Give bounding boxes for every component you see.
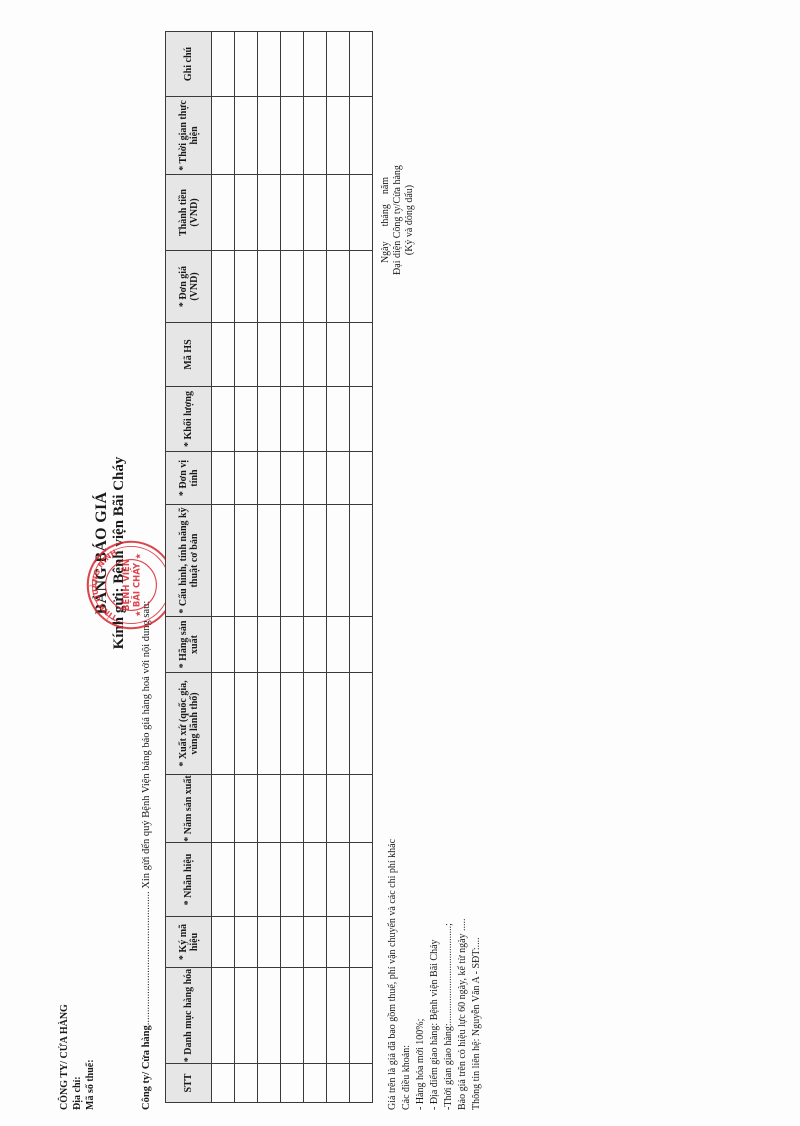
table-cell — [327, 97, 350, 175]
table-cell — [281, 452, 304, 505]
table-row — [350, 32, 373, 1103]
table-cell — [327, 673, 350, 775]
table-cell — [212, 917, 235, 968]
signature-instruction: (Ký và đóng dấu) — [404, 140, 416, 300]
recipient-line: Kính gửi: Bệnh viện Bãi Cháy — [111, 433, 128, 673]
table-cell — [235, 968, 258, 1064]
table-cell — [304, 968, 327, 1064]
table-cell — [350, 32, 373, 97]
table-cell — [350, 505, 373, 617]
table-cell — [327, 175, 350, 251]
table-cell — [235, 175, 258, 251]
table-cell — [350, 97, 373, 175]
table-cell — [258, 617, 281, 673]
table-cell — [281, 968, 304, 1064]
table-cell — [350, 323, 373, 387]
note-price-includes: Giá trên là giá đã bao gồm thuế, phí vận… — [386, 839, 400, 1110]
table-row — [327, 32, 350, 1103]
document-title: BẢNG BÁO GIÁ — [93, 453, 111, 653]
table-cell — [258, 917, 281, 968]
table-cell — [212, 323, 235, 387]
table-cell — [304, 323, 327, 387]
table-cell — [258, 387, 281, 452]
table-cell — [235, 97, 258, 175]
column-header: * Ký mã hiệu — [166, 917, 212, 968]
signature-role: Đại diện Công ty/Cửa hàng — [392, 140, 404, 300]
table-cell — [258, 1064, 281, 1103]
table-cell — [212, 387, 235, 452]
column-header: * Danh mục hàng hóa — [166, 968, 212, 1064]
table-cell — [281, 843, 304, 917]
table-cell — [350, 843, 373, 917]
signature-date-line: Ngày tháng năm — [380, 140, 392, 300]
table-cell — [212, 843, 235, 917]
note-delivery-time: -Thời gian giao hàng:...................… — [442, 839, 456, 1110]
company-info: CÔNG TY/ CỬA HÀNG Địa chỉ: Mã số thuế: — [58, 1004, 97, 1110]
table-cell — [235, 452, 258, 505]
table-cell — [350, 452, 373, 505]
table-cell — [350, 775, 373, 843]
column-header: * Thời gian thực hiện — [166, 97, 212, 175]
table-cell — [258, 775, 281, 843]
table-cell — [212, 673, 235, 775]
table-cell — [281, 917, 304, 968]
table-cell — [212, 32, 235, 97]
table-cell — [327, 32, 350, 97]
table-cell — [235, 617, 258, 673]
table-cell — [212, 175, 235, 251]
column-header: Mã HS — [166, 323, 212, 387]
column-header: Ghi chú — [166, 32, 212, 97]
table-cell — [327, 968, 350, 1064]
table-cell — [304, 32, 327, 97]
table-cell — [304, 251, 327, 323]
table-cell — [350, 1064, 373, 1103]
intro-line: Công ty/ Cửa hàng.......................… — [141, 601, 152, 1110]
table-cell — [281, 617, 304, 673]
table-cell — [281, 323, 304, 387]
table-cell — [281, 1064, 304, 1103]
intro-company-label: Công ty/ Cửa hàng — [141, 1025, 152, 1110]
table-cell — [212, 452, 235, 505]
table-cell — [281, 775, 304, 843]
table-cell — [304, 505, 327, 617]
table-cell — [258, 843, 281, 917]
table-cell — [327, 323, 350, 387]
table-cell — [212, 775, 235, 843]
company-address-label: Địa chỉ: — [71, 1004, 84, 1110]
table-cell — [258, 673, 281, 775]
table-row — [258, 32, 281, 1103]
table-cell — [235, 775, 258, 843]
table-cell — [258, 32, 281, 97]
table-cell — [350, 617, 373, 673]
column-header: * Nhãn hiệu — [166, 843, 212, 917]
table-header-row: STT* Danh mục hàng hóa* Ký mã hiệu* Nhãn… — [166, 32, 212, 1103]
table-cell — [281, 97, 304, 175]
column-header: * Năm sản xuất — [166, 775, 212, 843]
table-cell — [281, 32, 304, 97]
table-cell — [235, 387, 258, 452]
table-cell — [304, 387, 327, 452]
table-cell — [304, 175, 327, 251]
table-cell — [350, 387, 373, 452]
table-cell — [235, 843, 258, 917]
table-row — [212, 32, 235, 1103]
table-cell — [235, 673, 258, 775]
table-cell — [304, 917, 327, 968]
table-cell — [281, 175, 304, 251]
stamp-line-2: BÃI CHÁY — [130, 562, 141, 607]
table-cell — [327, 452, 350, 505]
table-cell — [212, 968, 235, 1064]
table-cell — [350, 968, 373, 1064]
table-cell — [235, 917, 258, 968]
table-cell — [350, 917, 373, 968]
table-cell — [327, 617, 350, 673]
table-cell — [327, 843, 350, 917]
table-cell — [327, 1064, 350, 1103]
table-cell — [258, 175, 281, 251]
column-header: * Cấu hình, tính năng kỹ thuật cơ bản — [166, 505, 212, 617]
table-cell — [258, 97, 281, 175]
table-cell — [350, 175, 373, 251]
table-cell — [304, 673, 327, 775]
table-cell — [304, 617, 327, 673]
column-header: * Hãng sản xuất — [166, 617, 212, 673]
table-cell — [327, 387, 350, 452]
company-tax-code-label: Mã số thuế: — [84, 1004, 97, 1110]
svg-text:★: ★ — [133, 553, 142, 560]
column-header: * Đơn giá (VND) — [166, 251, 212, 323]
note-terms-heading: Các điều khoản: — [400, 839, 414, 1110]
column-header: Thành tiền (VND) — [166, 175, 212, 251]
table-cell — [258, 323, 281, 387]
table-row — [281, 32, 304, 1103]
table-cell — [212, 1064, 235, 1103]
table-cell — [304, 843, 327, 917]
table-cell — [258, 452, 281, 505]
table-cell — [304, 775, 327, 843]
column-header: * Đơn vị tính — [166, 452, 212, 505]
note-new-goods: - Hàng hóa mới 100%; — [414, 839, 428, 1110]
table-cell — [327, 775, 350, 843]
company-name-label: CÔNG TY/ CỬA HÀNG — [58, 1004, 71, 1110]
table-cell — [304, 1064, 327, 1103]
table-cell — [281, 387, 304, 452]
table-cell — [258, 251, 281, 323]
table-cell — [281, 673, 304, 775]
column-header: STT — [166, 1064, 212, 1103]
note-validity: Báo giá trên có hiệu lực 60 ngày, kể từ … — [456, 839, 470, 1110]
table-cell — [235, 32, 258, 97]
table-cell — [235, 251, 258, 323]
note-delivery-location: - Địa điểm giao hàng: Bệnh viện Bãi Cháy — [428, 839, 442, 1110]
table-cell — [212, 617, 235, 673]
table-cell — [212, 505, 235, 617]
table-cell — [281, 251, 304, 323]
table-cell — [304, 452, 327, 505]
intro-text: Xin gửi đến quý Bệnh Viện bảng báo giá h… — [141, 601, 152, 889]
column-header: * Khối lượng — [166, 387, 212, 452]
table-cell — [350, 673, 373, 775]
table-cell — [327, 505, 350, 617]
table-cell — [304, 97, 327, 175]
table-row — [304, 32, 327, 1103]
table-cell — [235, 1064, 258, 1103]
terms-notes: Giá trên là giá đã bao gồm thuế, phí vận… — [386, 839, 484, 1110]
table-cell — [212, 97, 235, 175]
table-cell — [327, 917, 350, 968]
table-cell — [258, 505, 281, 617]
column-header: * Xuất xứ (quốc gia, vùng lãnh thổ) — [166, 673, 212, 775]
quotation-table: STT* Danh mục hàng hóa* Ký mã hiệu* Nhãn… — [165, 31, 373, 1103]
note-contact: Thông tin liên hệ: Nguyễn Văn A - SĐT:..… — [470, 839, 484, 1110]
table-cell — [235, 323, 258, 387]
intro-dots: ........................................… — [141, 891, 152, 1025]
table-cell — [258, 968, 281, 1064]
table-row — [235, 32, 258, 1103]
table-cell — [235, 505, 258, 617]
table-cell — [281, 505, 304, 617]
quotation-document: CÔNG TY/ CỬA HÀNG Địa chỉ: Mã số thuế: B… — [0, 0, 800, 1126]
signature-block: Ngày tháng năm Đại diện Công ty/Cửa hàng… — [380, 140, 416, 300]
table-cell — [212, 251, 235, 323]
table-cell — [327, 251, 350, 323]
table-cell — [350, 251, 373, 323]
